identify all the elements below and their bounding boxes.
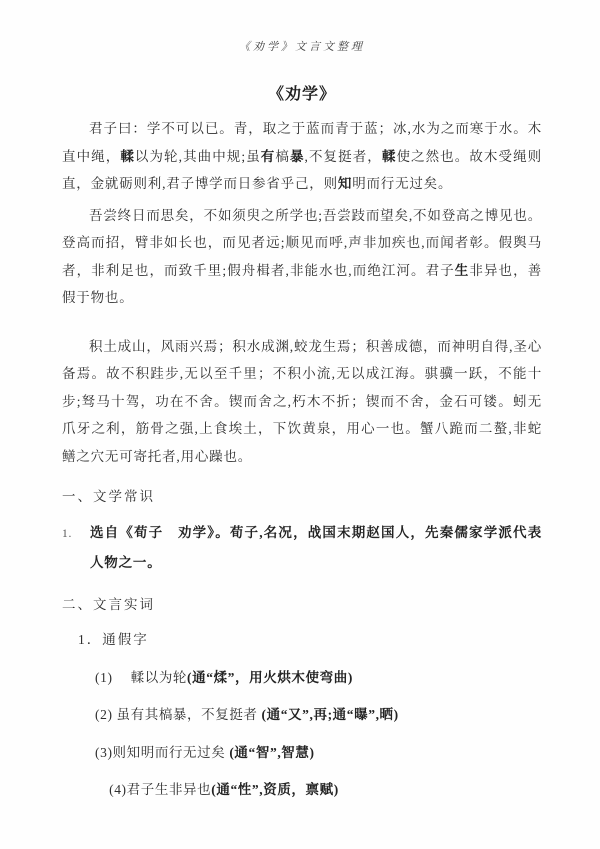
list-item-number: 1. <box>62 518 90 578</box>
tongjiazi-entry-1: (1) 輮以为轮(通“煣”，用火烘木使弯曲) <box>62 666 542 686</box>
section-content-words: 二、文言实词 1．通假字 (1) 輮以为轮(通“煣”，用火烘木使弯曲) (2) … <box>62 593 542 798</box>
paragraph-2: 吾尝终日而思矣，不如须臾之所学也;吾尝跂而望矣,不如登高之博见也。登高而招，臂非… <box>62 202 542 312</box>
list-item: 1. 选自《荀子 劝学》。荀子,名况，战国末期赵国人，先秦儒家学派代表人物之一。 <box>62 518 542 578</box>
tongjiazi-entry-2: (2) 虽有其槁暴，不复挺者 (通“又”,再;通“曝”,晒) <box>62 703 542 723</box>
tongjiazi-entry-4: (4)君子生非异也(通“性”,资质，禀赋) <box>62 778 542 798</box>
document-page: 《劝学》文言文整理 《劝学》 君子曰：学不可以已。青，取之于蓝而青于蓝；冰,水为… <box>0 0 600 849</box>
page-title: 《劝学》 <box>62 81 542 104</box>
section-heading-1: 一、文学常识 <box>62 485 542 505</box>
main-text: 君子曰：学不可以已。青，取之于蓝而青于蓝；冰,水为之而寒于水。木直中绳，輮以为轮… <box>62 115 542 470</box>
doc-header: 《劝学》文言文整理 <box>62 38 542 54</box>
subsection-heading-tongjiazi: 1．通假字 <box>62 628 542 648</box>
tongjiazi-entry-3: (3)则知明而行无过矣 (通“智”,智慧) <box>62 741 542 761</box>
section-literary-knowledge: 一、文学常识 1. 选自《荀子 劝学》。荀子,名况，战国末期赵国人，先秦儒家学派… <box>62 485 542 578</box>
paragraph-1: 君子曰：学不可以已。青，取之于蓝而青于蓝；冰,水为之而寒于水。木直中绳，輮以为轮… <box>62 115 542 198</box>
list-item-text: 选自《荀子 劝学》。荀子,名况，战国末期赵国人，先秦儒家学派代表人物之一。 <box>90 518 542 578</box>
section-heading-2: 二、文言实词 <box>62 593 542 613</box>
paragraph-3: 积土成山，风雨兴焉；积水成渊,蛟龙生焉；积善成德，而神明自得,圣心备焉。故不积跬… <box>62 333 542 471</box>
